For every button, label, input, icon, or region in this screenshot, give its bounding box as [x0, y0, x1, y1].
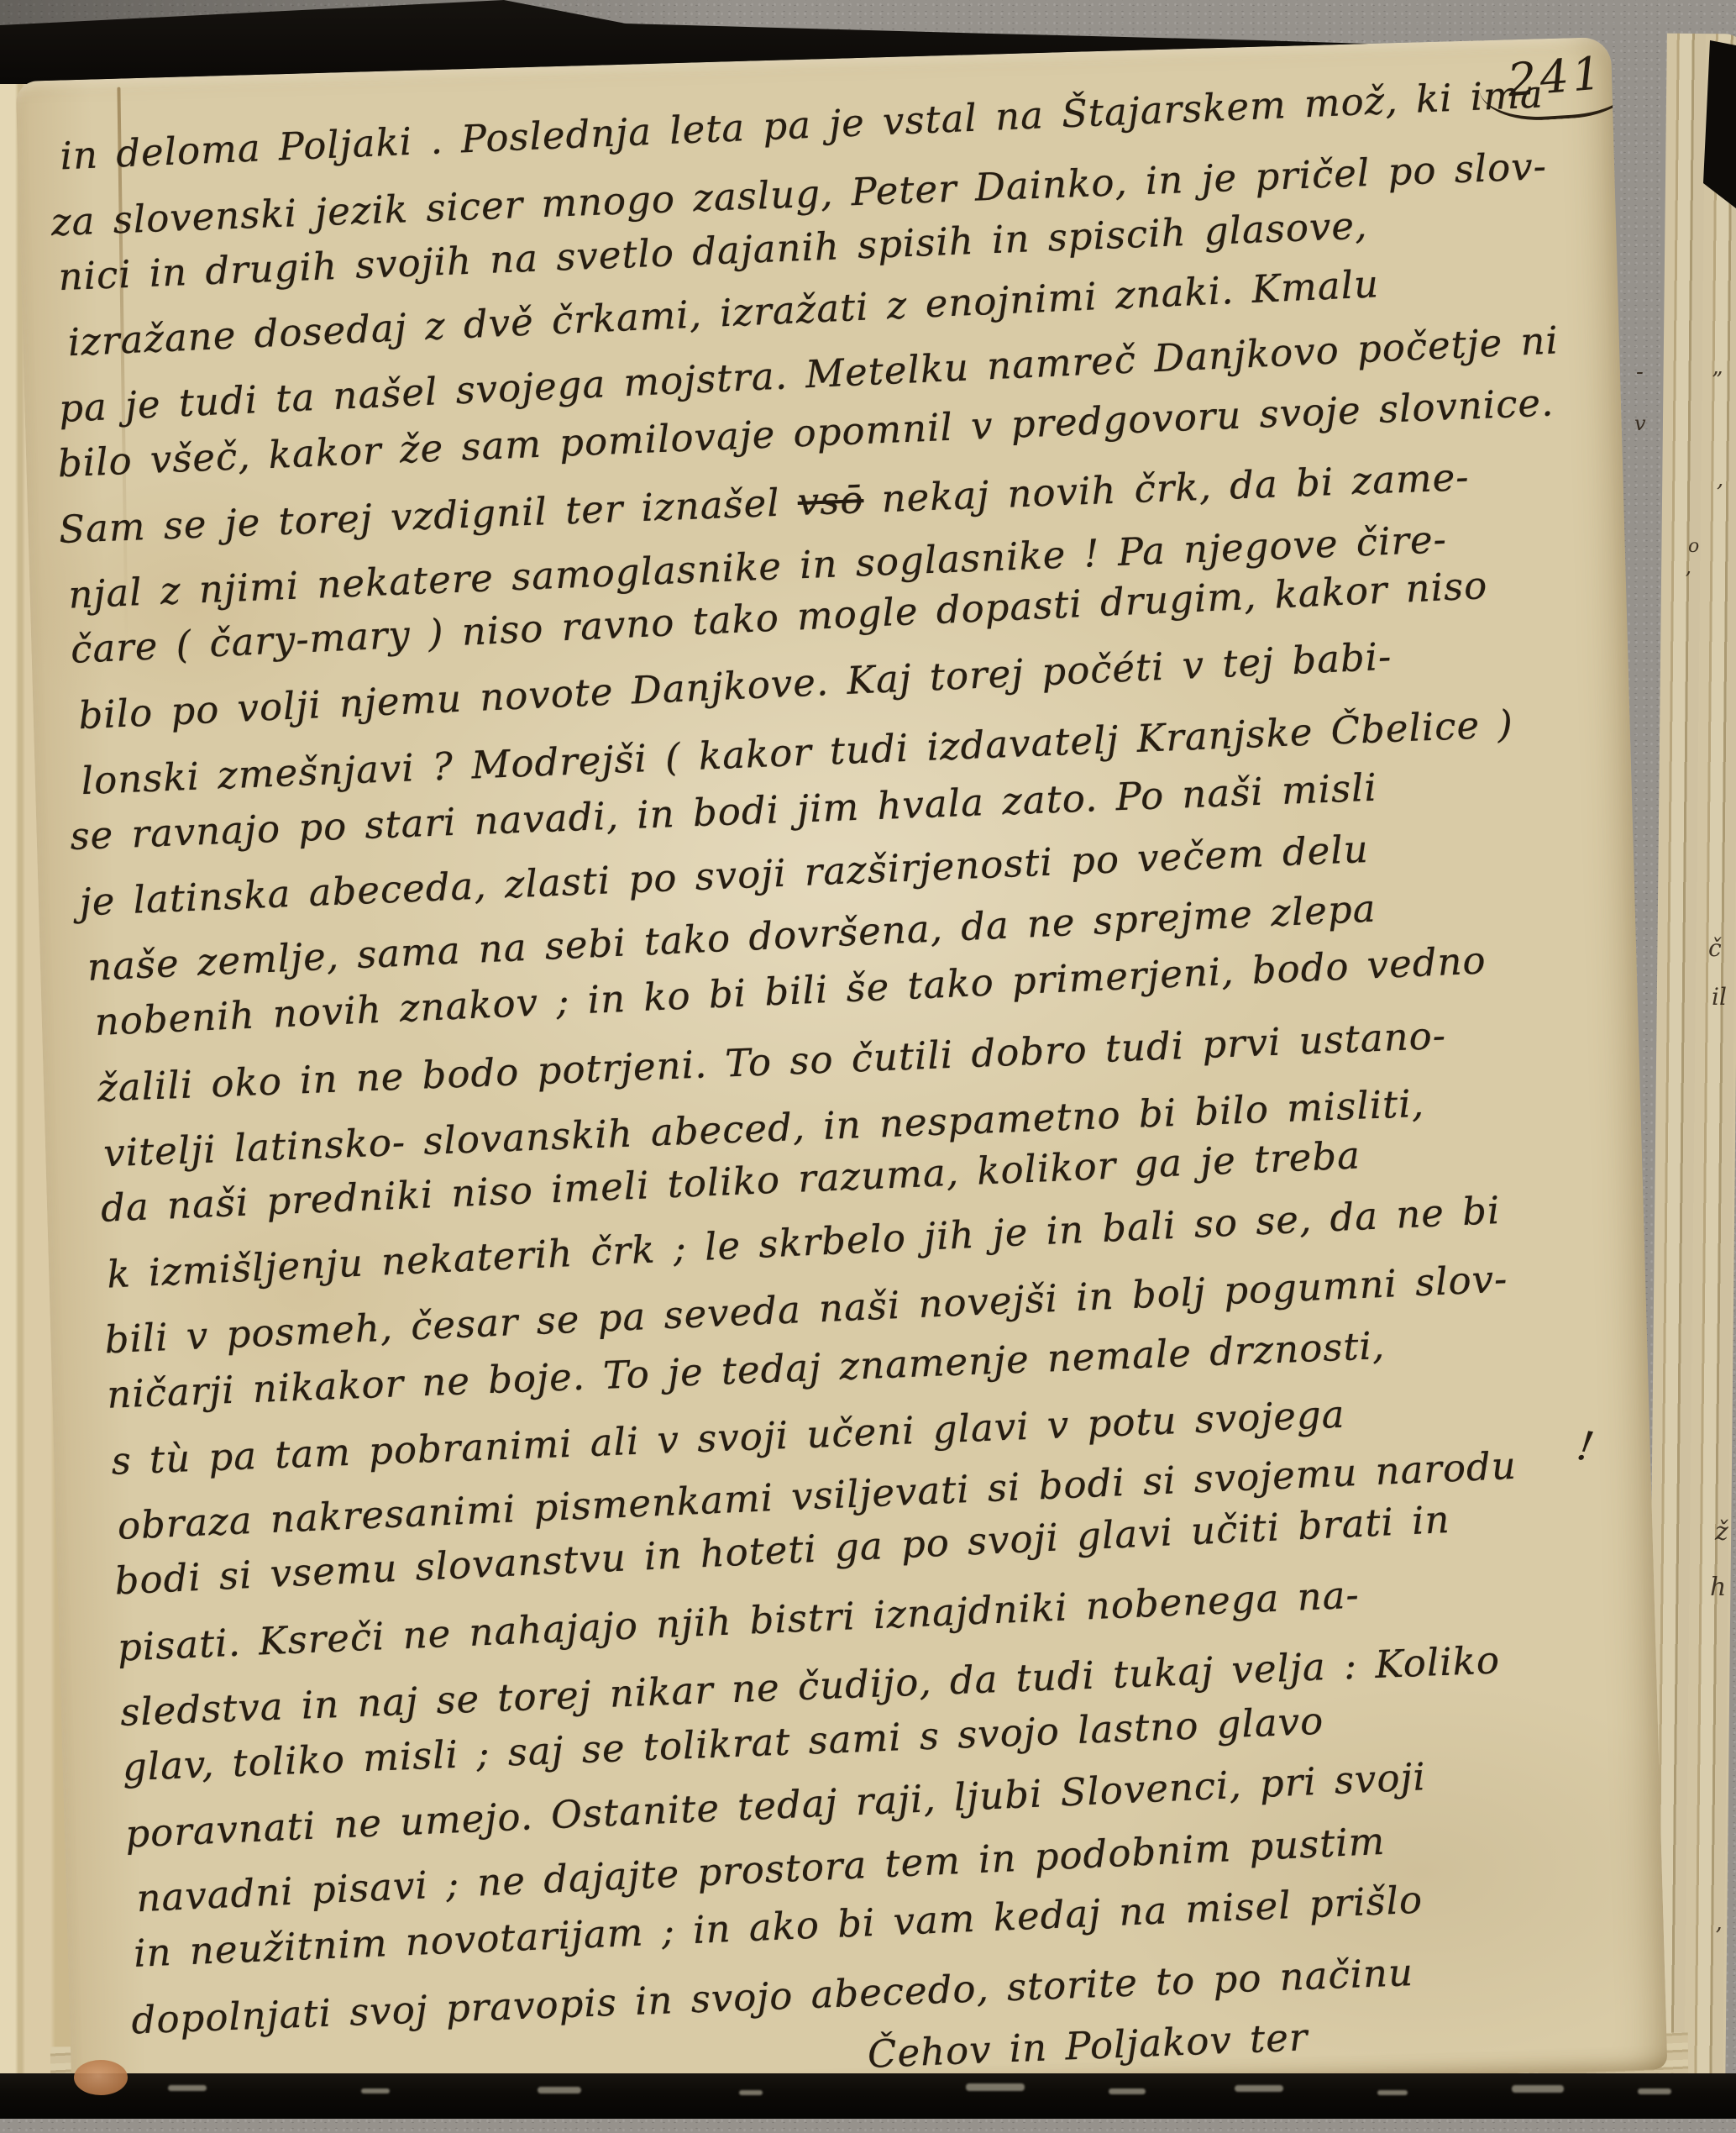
fore-edge-ink-mark: ’ — [1685, 568, 1691, 591]
photograph-of-manuscript: 241 in deloma Poljaki . Poslednja leta p… — [0, 0, 1736, 2133]
book-cover-bottom-edge — [0, 2073, 1736, 2119]
cover-glint-highlight — [1638, 2088, 1671, 2094]
fore-edge-ink-mark: v — [1634, 412, 1646, 435]
cover-glint-highlight — [966, 2083, 1025, 2091]
cover-glint-highlight — [538, 2087, 581, 2094]
fore-edge-ink-mark: , — [1717, 467, 1723, 492]
cover-glint-highlight — [1512, 2085, 1564, 2093]
fore-edge-ink-mark: ž — [1715, 1517, 1728, 1547]
fore-edge-ink-mark: ’ — [1715, 1924, 1722, 1949]
struck-out-word: vsō — [797, 477, 865, 524]
manuscript-page: 241 in deloma Poljaki . Poslednja leta p… — [16, 37, 1668, 2114]
cover-glint-highlight — [361, 2088, 390, 2094]
fore-edge-ink-mark: č — [1708, 934, 1722, 962]
cover-glint-highlight — [1377, 2090, 1408, 2095]
cover-glint-highlight — [168, 2085, 207, 2091]
bottom-left-cover-detail — [74, 2060, 128, 2095]
fore-edge-ink-mark: ” — [1712, 368, 1723, 393]
cover-glint-highlight — [1235, 2085, 1283, 2092]
cover-glint-highlight — [1109, 2088, 1146, 2094]
fore-edge-ink-mark: il — [1712, 983, 1727, 1011]
cover-glint-highlight — [739, 2090, 763, 2095]
fore-edge-ink-mark: - — [1636, 360, 1644, 385]
handwriting-block: in deloma Poljaki . Poslednja leta pa je… — [47, 60, 1667, 2114]
fore-edge-ink-mark: h — [1710, 1573, 1726, 1602]
fore-edge-ink-mark: o — [1688, 536, 1699, 557]
